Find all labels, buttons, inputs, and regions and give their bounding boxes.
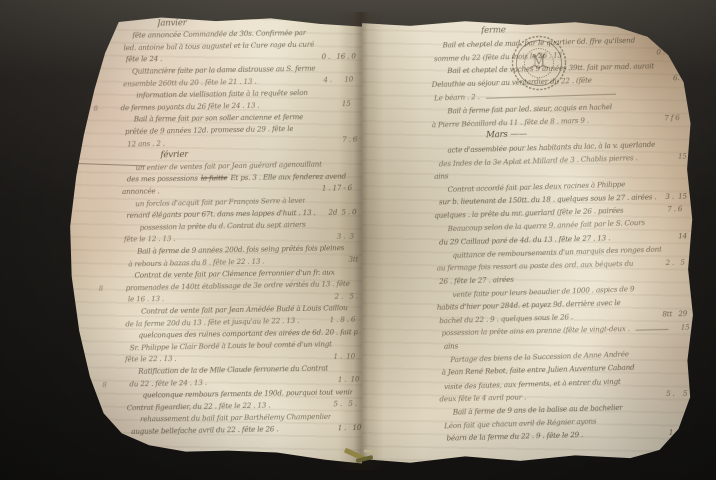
entry-amount: 3tt [342,253,358,265]
ink-rule [486,93,616,99]
binding-thread-strand [364,449,375,453]
left-page-entries: Janvierfête annoncée Commandée de 30s. C… [122,14,359,438]
handwritten-text: Janvier [157,17,187,30]
entry-amount: 1 . 10 [663,425,695,439]
handwritten-text: fête le 22 . 13 . [125,353,177,366]
entry-amount: 1 . 10 [332,422,362,435]
left-page: Janvierfête annoncée Commandée de 30s. C… [58,12,362,468]
entry-amount: 0 . 6 . [650,45,682,59]
entry-amount: 14 [672,229,687,242]
photograph-backdrop: Janvierfête annoncée Commandée de 30s. C… [0,0,716,480]
handwritten-text: béarn de la ferme du 22 . 9 . fête le 29… [446,428,583,445]
entry-amount: 1 . 8 . 6 [324,313,356,326]
handwritten-text: fête le 12 . 13 . [124,233,176,246]
struck-word: la fuitte [201,172,228,184]
entry-amount: 7 . 6 [336,133,357,145]
ink-rule [636,328,669,331]
margin-mark: 8 [99,283,103,295]
handwritten-text: le 16 . 13 . [128,293,164,305]
archive-stamp: M [510,34,568,92]
handwritten-text: des mes possessions [127,173,198,186]
handwritten-text: ains [444,340,458,353]
entry-amount: 3 . 15 [659,190,687,204]
margin-mark: 8 [93,103,97,115]
entry-amount: 5 . 5 . [327,398,357,411]
handwritten-text: ains [434,169,448,182]
handwritten-text: février [160,149,188,161]
entry-amount: 4 . 10 [317,73,353,86]
entry-amount: 7 f 6 [658,111,680,125]
entry-amount: 15 [336,98,351,110]
right-page: fermeBail et cheptel de mad. par le quar… [362,14,706,470]
entry-amount: 3 . 3 [331,230,354,242]
margin-mark: 8 [102,379,107,391]
entry-amount: 2 . 5 . [328,290,358,302]
handwritten-text: auguste bellefache avril du 22 . fête le… [131,423,278,438]
entry-amount: 15 [672,149,687,163]
entry-amount: 2 . 5 [659,255,684,269]
entry-amount: 1 . 10 [327,350,355,362]
handwritten-text: fête le 24 . [126,53,163,65]
entry-amount: 1 . 10 [332,373,360,386]
entry-amount: 15 [675,321,690,334]
binding-thread [342,442,390,470]
archive-stamp-seal: M [510,34,568,92]
handwritten-text: annoncée . [122,185,160,198]
handwritten-text: Mars —— [486,128,527,142]
entry-amount: 8tt 29 [656,307,687,321]
stamp-monogram: M [533,55,545,69]
